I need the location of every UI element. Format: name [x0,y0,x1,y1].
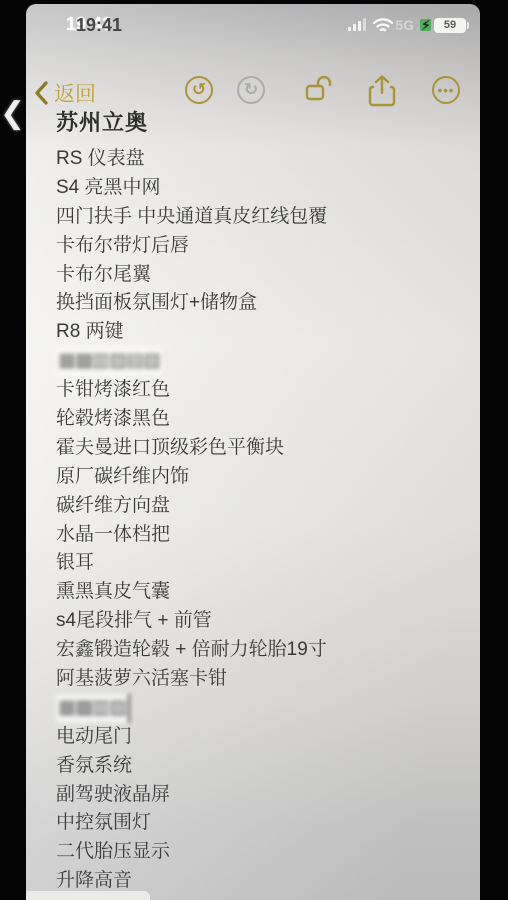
lightning-bolt-icon: ⚡ [421,17,431,34]
cellular-signal-icon [348,18,368,32]
note-line: 轮毂烤漆黑色 [56,405,466,434]
wifi-icon [373,18,393,33]
note-line-text: 轮毂烤漆黑色 [56,405,170,434]
note-line: 霍夫曼进口顶级彩色平衡块 [56,434,466,463]
note-line: 阿基菠萝六活塞卡钳 [56,665,466,694]
redo-icon: ↻ [244,80,258,100]
note-line: s4尾段排气 + 前管 [56,607,466,636]
clock: 19:43 19:41 [66,14,176,38]
battery-percent-label: 59 [444,19,456,31]
note-line: RS 仪表盘 [56,145,466,174]
note-line: 中控氛围灯 [56,809,466,838]
note-line-text: 二代胎压显示 [56,838,170,867]
note-line-text: S4 亮黑中网 [56,174,161,203]
note-line: 卡钳烤漆红色 [56,376,466,405]
note-line: R8 两键 [56,318,466,347]
share-icon [368,74,396,108]
note-line-text: 水晶一体档把 [56,521,170,550]
note-line: 宏鑫锻造轮毂 + 倍耐力轮胎19寸 [56,636,466,665]
note-line-text: 香氛系统 [56,752,132,781]
phone-screen: 19:43 19:41 5G [26,4,480,900]
note-line-text: s4尾段排气 + 前管 [56,607,212,636]
note-line-text: 四门扶手 中央通道真皮红线包覆 [56,203,327,232]
note-line-text: 中控氛围灯 [56,809,151,838]
note-line-text: R8 两键 [56,318,124,347]
note-line: 四门扶手 中央通道真皮红线包覆 [56,203,466,232]
note-line: 银耳 [56,549,466,578]
note-line-text: 阿基菠萝六活塞卡钳 [56,665,227,694]
video-progress-bar[interactable] [26,891,150,900]
note-line: 香氛系统 [56,752,466,781]
note-line: ▦▩▥▨▤▧ [56,347,466,376]
note-line-text: 卡布尔带灯后唇 [56,232,189,261]
note-line: 碳纤维方向盘 [56,492,466,521]
note-line-text: 原厂碳纤维内饰 [56,463,189,492]
share-button[interactable] [368,74,396,108]
status-bar: 19:43 19:41 5G [26,4,480,48]
note-line: 电动尾门 [56,723,466,752]
undo-button[interactable]: ↺ [185,76,213,104]
note-line-text: 电动尾门 [56,723,132,752]
note-title: 苏州立奥 [56,106,148,137]
note-line-text: 熏黑真皮气囊 [56,578,170,607]
battery-indicator: 59 [434,18,466,33]
note-line-text: 霍夫曼进口顶级彩色平衡块 [56,434,284,463]
note-line: S4 亮黑中网 [56,174,466,203]
ellipsis-icon: ••• [438,83,455,98]
note-line-text: 卡钳烤漆红色 [56,376,170,405]
back-button-label: 返回 [54,78,96,108]
note-line-text: 碳纤维方向盘 [56,492,170,521]
note-line-text: 卡布尔尾翼 [56,261,151,290]
note-line-text: 宏鑫锻造轮毂 + 倍耐力轮胎19寸 [56,636,327,665]
video-back-chevron-icon[interactable]: ❮ [0,96,25,131]
unlock-icon [304,74,338,104]
undo-icon: ↺ [192,80,206,100]
note-line: 原厂碳纤维内饰 [56,463,466,492]
note-line: 二代胎压显示 [56,838,466,867]
more-options-button[interactable]: ••• [432,76,460,104]
back-button[interactable]: 返回 [34,78,96,108]
note-line-text: 银耳 [56,549,94,578]
note-line: 卡布尔带灯后唇 [56,232,466,261]
redo-button[interactable]: ↻ [237,76,265,104]
note-line-text: ▦▩▥▨ [56,694,130,723]
network-type-label: 5G [395,17,414,33]
note-line: ▦▩▥▨ [56,694,466,723]
note-line: 副驾驶液晶屏 [56,781,466,810]
back-chevron-icon [34,80,48,106]
note-line-text: 副驾驶液晶屏 [56,781,170,810]
note-line-text: 换挡面板氛围灯+储物盒 [56,289,257,318]
note-line: 熏黑真皮气囊 [56,578,466,607]
unlock-button[interactable] [304,74,338,104]
note-line-text: RS 仪表盘 [56,145,145,174]
note-line-text: ▦▩▥▨▤▧ [56,347,162,376]
clock-time: 19:41 [76,15,122,36]
note-line: 水晶一体档把 [56,521,466,550]
note-body[interactable]: RS 仪表盘 S4 亮黑中网 四门扶手 中央通道真皮红线包覆 卡布尔带灯后唇 卡… [56,145,466,896]
note-line: 换挡面板氛围灯+储物盒 [56,289,466,318]
charging-icon: ⚡ [419,17,433,33]
note-line: 卡布尔尾翼 [56,261,466,290]
